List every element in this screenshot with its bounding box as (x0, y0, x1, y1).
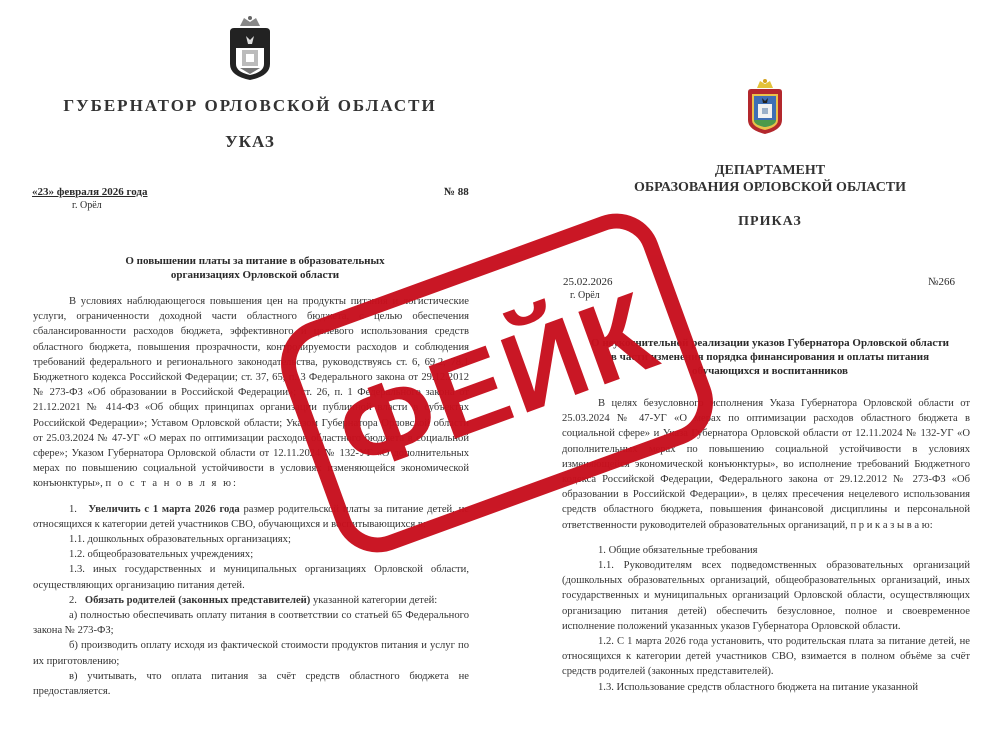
order-section-1: 1. Общие обязательные требования (562, 543, 970, 558)
decree-item-1-2: 1.2. общеобразовательных учреждениях; (33, 547, 469, 562)
coat-of-arms-color-icon (745, 78, 785, 136)
decree-number: № 88 (444, 186, 469, 198)
order-item-1-3: 1.3. Использование средств областного бю… (562, 680, 970, 695)
department-heading-line: ОБРАЗОВАНИЯ ОРЛОВСКОЙ ОБЛАСТИ (540, 179, 1000, 196)
department-heading-line: ДЕПАРТАМЕНТ (540, 162, 1000, 179)
decree-city: г. Орёл (72, 200, 102, 211)
order-item-1-2: 1.2. С 1 марта 2026 года установить, что… (562, 634, 970, 680)
order-number: №266 (928, 276, 955, 288)
decree-item-2a: а) полностью обеспечивать оплату питания… (33, 608, 469, 638)
decree-item-1-3: 1.3. иных государственных и муниципальны… (33, 562, 469, 592)
decree-item-2c: в) учитывать, что оплата питания за счёт… (33, 669, 469, 699)
decree-date: «23» февраля 2026 года (32, 186, 148, 198)
decree-item-2: 2. Обязать родителей (законных представи… (33, 593, 469, 608)
decree-title-line: организациях Орловской области (60, 268, 450, 282)
decree-title: О повышении платы за питание в образоват… (60, 254, 450, 282)
document-type-heading: УКАЗ (0, 132, 500, 152)
decree-title-line: О повышении платы за питание в образоват… (60, 254, 450, 268)
order-word: п р и к а з ы в а ю: (850, 520, 932, 531)
authority-heading: ГУБЕРНАТОР ОРЛОВСКОЙ ОБЛАСТИ (0, 96, 500, 116)
decree-word: п о с т а н о в л я ю: (105, 478, 237, 489)
fake-stamp-label: ФЕЙК (324, 274, 670, 491)
department-heading: ДЕПАРТАМЕНТ ОБРАЗОВАНИЯ ОРЛОВСКОЙ ОБЛАСТ… (540, 162, 1000, 196)
coat-of-arms-icon (226, 14, 274, 82)
decree-item-2b: б) производить оплату исходя из фактичес… (33, 638, 469, 668)
order-item-1-1: 1.1. Руководителям всех подведомственных… (562, 558, 970, 634)
